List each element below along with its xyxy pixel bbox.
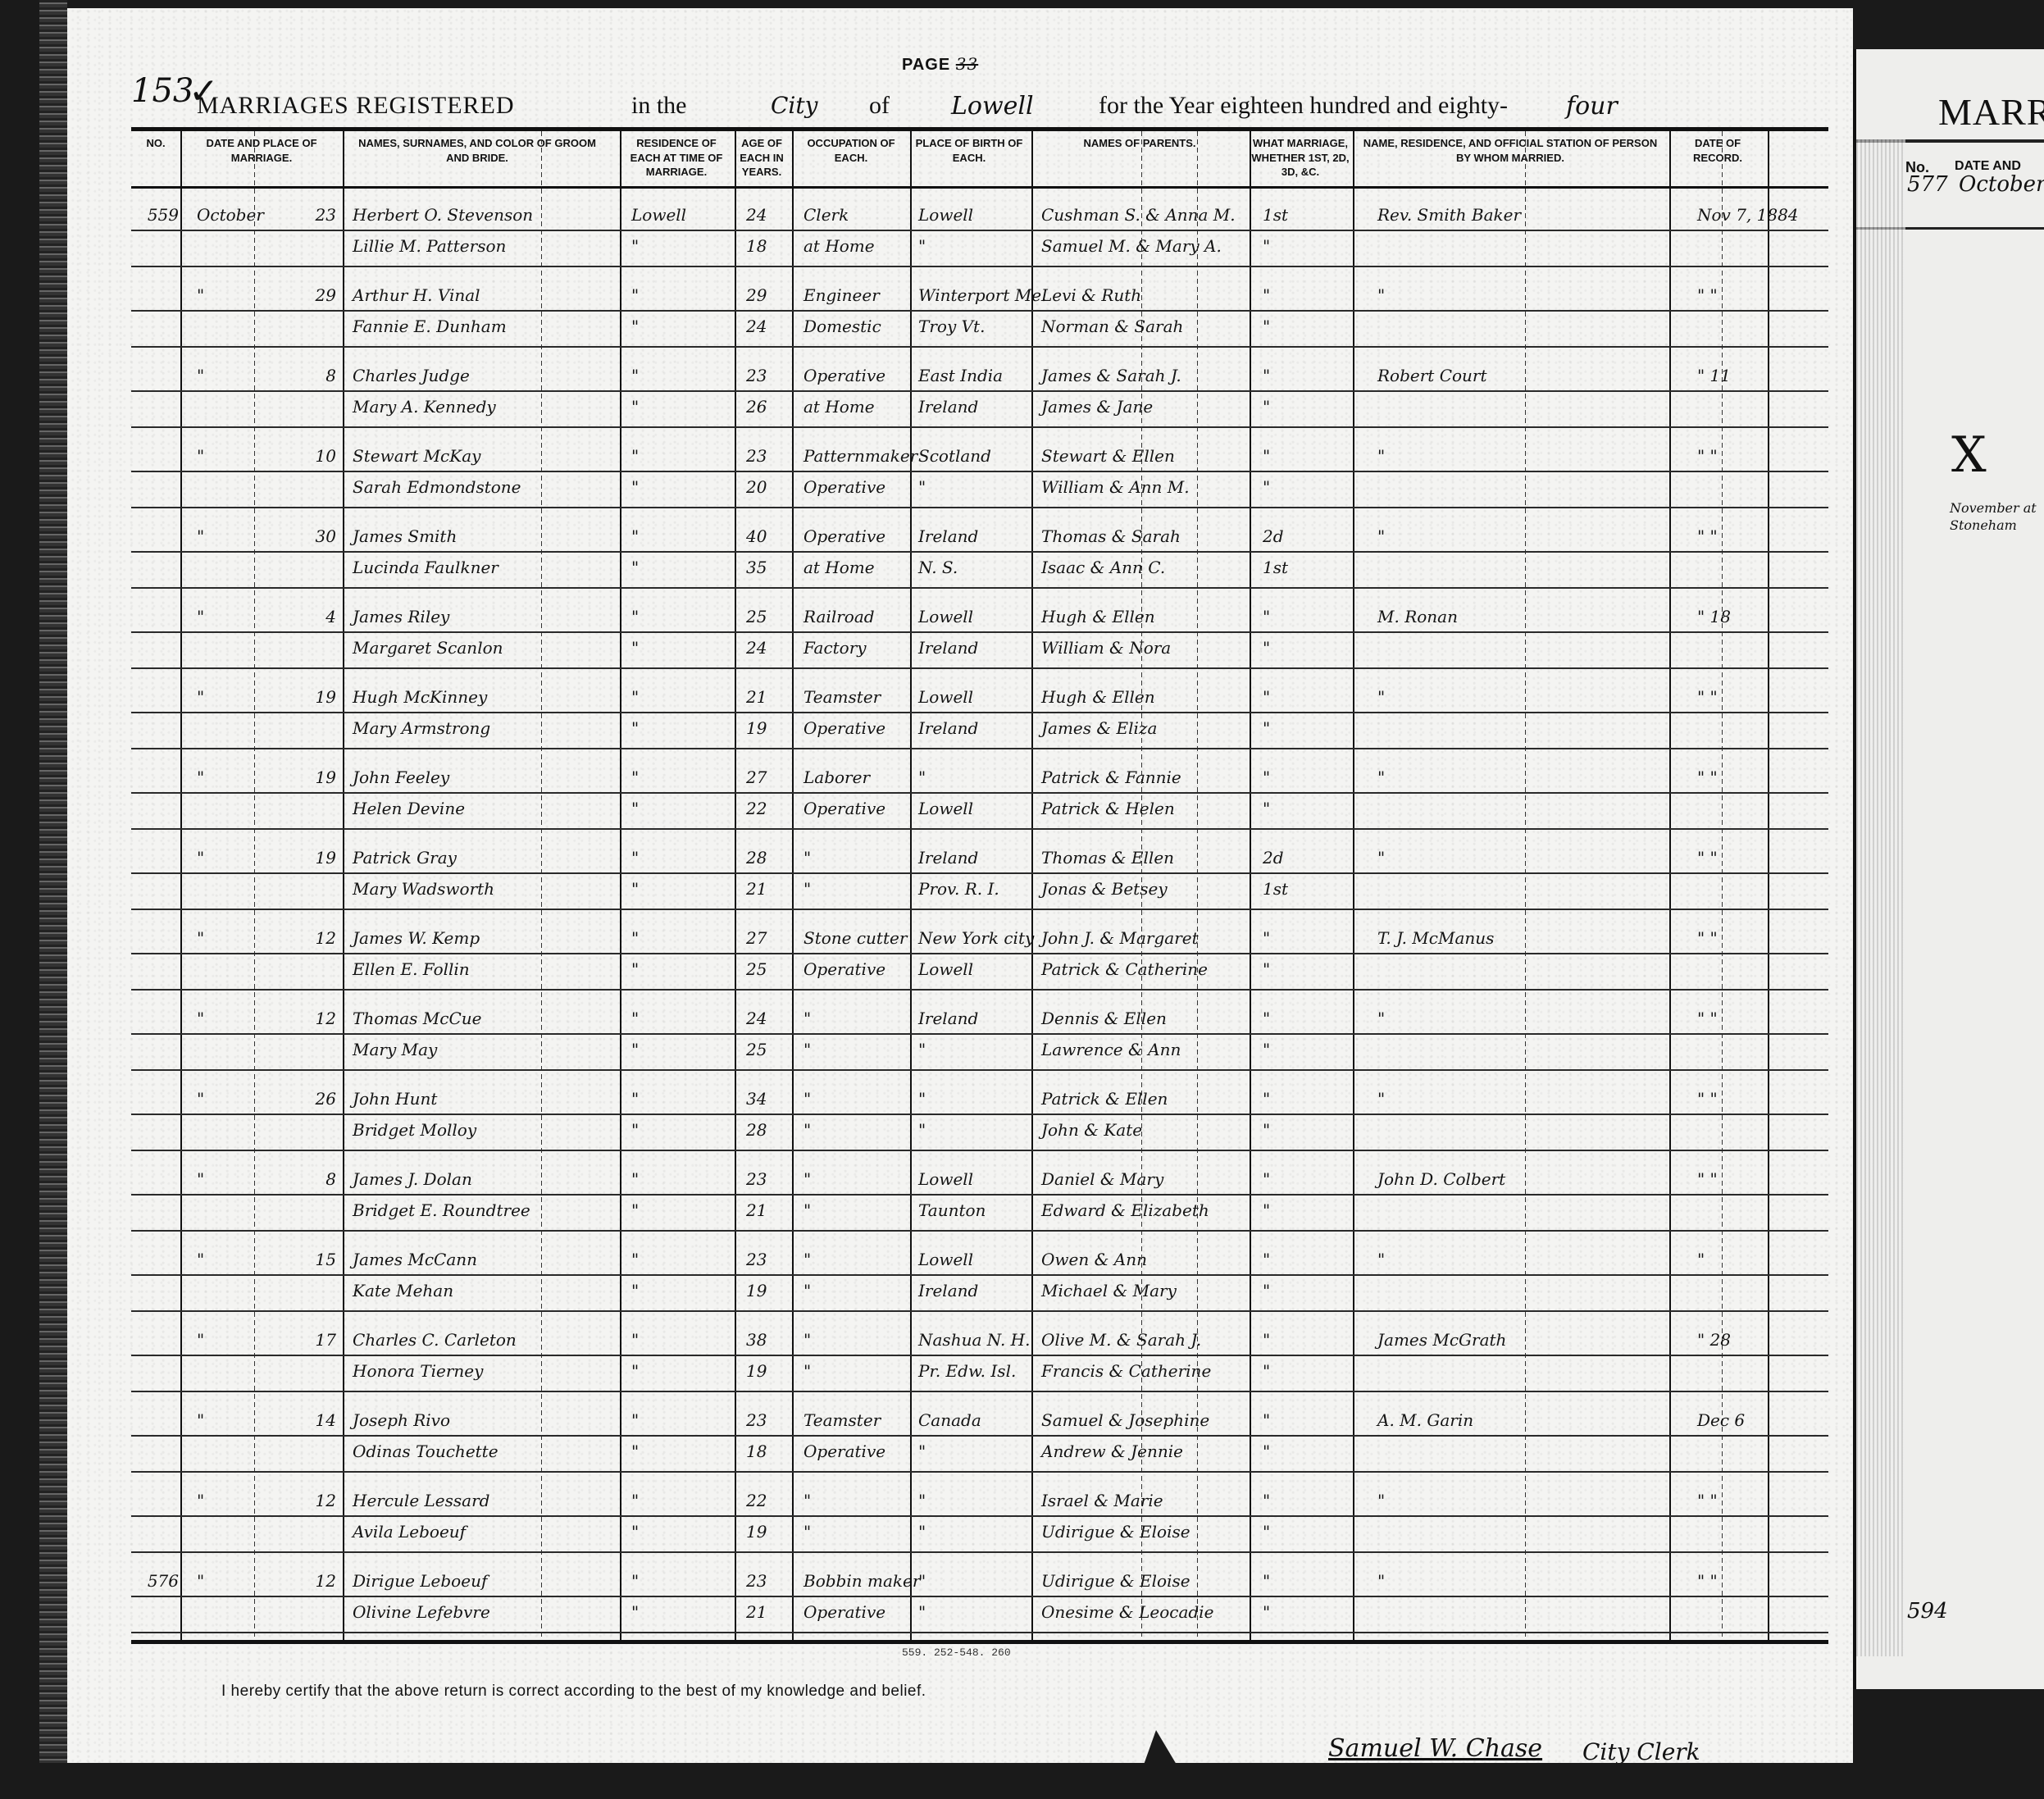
marriage-day: 12: [287, 1571, 336, 1591]
groom-marriage-count: ": [1263, 607, 1270, 626]
bride-age: 25: [746, 1040, 767, 1059]
table-row: "29Arthur H. VinalFannie E. Dunham""2924…: [131, 276, 1828, 348]
facing-entry-no: 577: [1907, 172, 1948, 197]
groom-marriage-count: ": [1263, 1250, 1270, 1269]
col-header-residence: Residence of Each at Time of Marriage.: [623, 136, 730, 180]
groom-occupation: Engineer: [803, 285, 880, 305]
groom-parents: Patrick & Fannie: [1041, 767, 1181, 787]
groom-birthplace: ": [918, 1089, 926, 1109]
groom-occupation: Operative: [803, 526, 885, 546]
bride-residence: ": [631, 558, 639, 577]
bride-age: 19: [746, 1522, 767, 1542]
marriage-day: 8: [287, 366, 336, 385]
marriage-day: 12: [287, 1491, 336, 1510]
table-row: "19Hugh McKinneyMary Armstrong""2119Team…: [131, 677, 1828, 749]
bride-occupation: ": [803, 1522, 811, 1542]
row-rule: [131, 310, 1828, 312]
table-row: "10Stewart McKaySarah Edmondstone""2320P…: [131, 436, 1828, 508]
bride-age: 24: [746, 317, 767, 336]
officiant-name: Rev. Smith Baker: [1377, 205, 1521, 225]
bride-occupation: ": [803, 1120, 811, 1140]
groom-age: 24: [746, 205, 767, 225]
bride-age: 25: [746, 959, 767, 979]
row-rule: [131, 1310, 1828, 1312]
bride-residence: ": [631, 1602, 639, 1622]
bride-age: 28: [746, 1120, 767, 1140]
bride-occupation: at Home: [803, 236, 875, 256]
groom-parents: Dennis & Ellen: [1041, 1009, 1167, 1028]
groom-birthplace: Ireland: [918, 1009, 978, 1028]
bride-name: Lillie M. Patterson: [353, 236, 506, 256]
bride-birthplace: ": [918, 1522, 926, 1542]
groom-parents: Patrick & Ellen: [1041, 1089, 1168, 1109]
record-date: " ": [1697, 285, 1718, 305]
row-rule: [131, 230, 1828, 231]
groom-name: James McCann: [353, 1250, 477, 1269]
bride-marriage-count: ": [1263, 1281, 1270, 1300]
row-rule: [131, 1471, 1828, 1473]
groom-age: 24: [746, 1009, 767, 1028]
bride-age: 24: [746, 638, 767, 658]
marriage-month: ": [197, 1250, 204, 1269]
groom-name: Herbert O. Stevenson: [353, 205, 533, 225]
table-row: "4James RileyMargaret Scanlon""2524Railr…: [131, 597, 1828, 669]
scan-edge: [0, 1763, 2044, 1799]
row-rule: [131, 471, 1828, 472]
groom-birthplace: Lowell: [918, 687, 973, 707]
bride-residence: ": [631, 397, 639, 417]
marriage-month: ": [197, 848, 204, 868]
groom-residence: ": [631, 1410, 639, 1430]
margin-cross-mark: X: [1951, 426, 1987, 484]
groom-parents: Olive M. & Sarah J.: [1041, 1330, 1201, 1350]
groom-marriage-count: ": [1263, 285, 1270, 305]
bride-birthplace: ": [918, 1040, 926, 1059]
bride-birthplace: Troy Vt.: [918, 317, 985, 336]
bride-marriage-count: ": [1263, 1200, 1270, 1220]
officiant-name: A. M. Garin: [1377, 1410, 1473, 1430]
bride-birthplace: Lowell: [918, 959, 973, 979]
marriage-month: ": [197, 767, 204, 787]
page-label: PAGE 33: [902, 54, 978, 75]
groom-marriage-count: ": [1263, 928, 1270, 948]
bride-age: 18: [746, 1441, 767, 1461]
officiant-name: ": [1377, 848, 1385, 868]
bride-occupation: ": [803, 1281, 811, 1300]
groom-name: James W. Kemp: [353, 928, 480, 948]
table-row: "19John FeeleyHelen Devine""2722LaborerO…: [131, 758, 1828, 830]
officiant-name: ": [1377, 285, 1385, 305]
bride-marriage-count: 1st: [1263, 879, 1288, 899]
row-rule: [131, 1435, 1828, 1437]
groom-occupation: Stone cutter: [803, 928, 907, 948]
groom-age: 23: [746, 1169, 767, 1189]
marriage-month: ": [197, 285, 204, 305]
table-row: "14Joseph RivoOdinas Touchette""2318Team…: [131, 1400, 1828, 1473]
groom-residence: ": [631, 1571, 639, 1591]
groom-occupation: Bobbin maker: [803, 1571, 920, 1591]
row-rule: [131, 1391, 1828, 1392]
bride-residence: ": [631, 718, 639, 738]
groom-age: 23: [746, 446, 767, 466]
groom-parents: Owen & Ann: [1041, 1250, 1147, 1269]
bride-name: Lucinda Faulkner: [353, 558, 498, 577]
officiant-name: ": [1377, 1009, 1385, 1028]
groom-occupation: Clerk: [803, 205, 849, 225]
book-binding: [39, 0, 67, 1799]
row-rule: [131, 266, 1828, 267]
row-rule: [131, 507, 1828, 508]
groom-marriage-count: 2d: [1263, 848, 1284, 868]
groom-birthplace: Winterport Me.: [918, 285, 1046, 305]
bride-residence: ": [631, 1361, 639, 1381]
bride-occupation: Operative: [803, 477, 885, 497]
groom-residence: ": [631, 446, 639, 466]
bride-occupation: Domestic: [803, 317, 881, 336]
row-rule: [131, 1515, 1828, 1517]
entry-number: 576: [138, 1571, 179, 1591]
marriage-day: 4: [287, 607, 336, 626]
groom-age: 40: [746, 526, 767, 546]
record-date: Nov 7, 1884: [1697, 205, 1799, 225]
col-header-occupation: Occupation of Each.: [794, 136, 908, 165]
groom-birthplace: Lowell: [918, 1250, 973, 1269]
marriage-day: 19: [287, 848, 336, 868]
groom-birthplace: Ireland: [918, 848, 978, 868]
groom-name: James Smith: [353, 526, 457, 546]
row-rule: [131, 712, 1828, 713]
bride-occupation: Operative: [803, 718, 885, 738]
groom-occupation: Patternmaker: [803, 446, 917, 466]
groom-parents: Cushman S. & Anna M.: [1041, 205, 1236, 225]
officiant-name: ": [1377, 1491, 1385, 1510]
bride-birthplace: Ireland: [918, 397, 978, 417]
officiant-name: T. J. McManus: [1377, 928, 1494, 948]
bride-name: Avila Leboeuf: [353, 1522, 466, 1542]
groom-birthplace: Lowell: [918, 1169, 973, 1189]
bride-marriage-count: ": [1263, 638, 1270, 658]
groom-residence: ": [631, 928, 639, 948]
groom-residence: ": [631, 526, 639, 546]
groom-birthplace: ": [918, 767, 926, 787]
certification-statement: I hereby certify that the above return i…: [221, 1683, 1779, 1701]
groom-residence: ": [631, 1491, 639, 1510]
groom-name: John Hunt: [353, 1089, 437, 1109]
groom-name: Joseph Rivo: [353, 1410, 450, 1430]
groom-marriage-count: ": [1263, 1571, 1270, 1591]
title-place: Lowell: [951, 92, 1034, 121]
bride-parents: Samuel M. & Mary A.: [1041, 236, 1222, 256]
marriage-day: 30: [287, 526, 336, 546]
marriage-day: 10: [287, 446, 336, 466]
marriage-day: 12: [287, 928, 336, 948]
row-rule: [131, 1274, 1828, 1276]
marriage-month: ": [197, 366, 204, 385]
title-municipality-type: City: [771, 92, 817, 119]
groom-residence: Lowell: [631, 205, 686, 225]
record-date: " ": [1697, 928, 1718, 948]
groom-name: Stewart McKay: [353, 446, 480, 466]
groom-name: Thomas McCue: [353, 1009, 481, 1028]
title-of: of: [869, 92, 890, 120]
bride-parents: Patrick & Catherine: [1041, 959, 1208, 979]
bride-residence: ": [631, 317, 639, 336]
bride-birthplace: ": [918, 236, 926, 256]
col-header-date: Date and Place of Marriage.: [184, 136, 339, 165]
bride-age: 35: [746, 558, 767, 577]
row-rule: [131, 1150, 1828, 1151]
row-rule: [131, 792, 1828, 794]
row-rule: [131, 828, 1828, 830]
bride-age: 20: [746, 477, 767, 497]
officiant-name: ": [1377, 1250, 1385, 1269]
row-rule: [131, 390, 1828, 392]
bride-occupation: ": [803, 1361, 811, 1381]
row-rule: [131, 1069, 1828, 1071]
bride-residence: ": [631, 1200, 639, 1220]
bride-parents: Edward & Elizabeth: [1041, 1200, 1209, 1220]
title-in: in the: [631, 92, 687, 120]
groom-occupation: Teamster: [803, 1410, 881, 1430]
groom-occupation: Teamster: [803, 687, 881, 707]
bride-occupation: Operative: [803, 799, 885, 818]
marriage-day: 19: [287, 687, 336, 707]
record-date: " 18: [1697, 607, 1731, 626]
table-row: "17Charles C. CarletonHonora Tierney""38…: [131, 1320, 1828, 1392]
title-year-word: four: [1566, 92, 1618, 121]
bride-birthplace: ": [918, 1602, 926, 1622]
facing-entry-no: 594: [1907, 1599, 1948, 1624]
marriage-month: ": [197, 1410, 204, 1430]
marriage-day: 8: [287, 1169, 336, 1189]
facing-page: MARR No. DATE AND 577 October 594: [1853, 49, 2044, 1689]
groom-name: Arthur H. Vinal: [353, 285, 480, 305]
bride-occupation: ": [803, 1040, 811, 1059]
marriage-month: ": [197, 1491, 204, 1510]
groom-birthplace: Ireland: [918, 526, 978, 546]
groom-occupation: ": [803, 1089, 811, 1109]
bride-marriage-count: ": [1263, 317, 1270, 336]
groom-birthplace: Lowell: [918, 607, 973, 626]
officiant-name: James McGrath: [1377, 1330, 1506, 1350]
bride-birthplace: Ireland: [918, 718, 978, 738]
page-label-text: PAGE: [902, 56, 950, 74]
marriage-month: ": [197, 1169, 204, 1189]
bride-birthplace: N. S.: [918, 558, 958, 577]
record-date: " ": [1697, 1571, 1718, 1591]
bride-occupation: at Home: [803, 397, 875, 417]
groom-occupation: ": [803, 848, 811, 868]
marriage-register-table: No. Date and Place of Marriage. Names, S…: [131, 127, 1828, 1644]
row-rule: [131, 1551, 1828, 1553]
bride-parents: Udirigue & Eloise: [1041, 1522, 1190, 1542]
groom-parents: Hugh & Ellen: [1041, 607, 1155, 626]
table-row: "8James J. DolanBridget E. Roundtree""23…: [131, 1159, 1828, 1232]
groom-marriage-count: ": [1263, 1169, 1270, 1189]
groom-residence: ": [631, 285, 639, 305]
bride-age: 21: [746, 879, 767, 899]
bride-residence: ": [631, 638, 639, 658]
bride-occupation: Operative: [803, 1441, 885, 1461]
bride-parents: Patrick & Helen: [1041, 799, 1175, 818]
groom-name: James Riley: [353, 607, 449, 626]
bride-residence: ": [631, 1522, 639, 1542]
groom-parents: James & Sarah J.: [1041, 366, 1181, 385]
bride-name: Mary May: [353, 1040, 437, 1059]
table-header: No. Date and Place of Marriage. Names, S…: [131, 131, 1828, 189]
title-year-prefix: for the Year eighteen hundred and eighty…: [1099, 92, 1508, 120]
officiant-name: ": [1377, 526, 1385, 546]
bride-birthplace: Taunton: [918, 1200, 986, 1220]
marriage-month: ": [197, 1089, 204, 1109]
col-header-record-date: Date of Record.: [1673, 136, 1763, 165]
entry-number: 559: [138, 205, 179, 225]
title-main: MARRIAGES REGISTERED: [197, 92, 515, 120]
groom-parents: Daniel & Mary: [1041, 1169, 1163, 1189]
row-rule: [131, 667, 1828, 669]
marriage-month: ": [197, 1009, 204, 1028]
officiant-name: ": [1377, 1089, 1385, 1109]
groom-parents: John J. & Margaret: [1041, 928, 1199, 948]
bride-age: 19: [746, 1361, 767, 1381]
groom-birthplace: Canada: [918, 1410, 981, 1430]
groom-marriage-count: ": [1263, 767, 1270, 787]
groom-parents: Samuel & Josephine: [1041, 1410, 1209, 1430]
bride-birthplace: Pr. Edw. Isl.: [918, 1361, 1016, 1381]
bride-residence: ": [631, 236, 639, 256]
bride-marriage-count: ": [1263, 1522, 1270, 1542]
table-row: "19Patrick GrayMary Wadsworth""2821""Ire…: [131, 838, 1828, 910]
record-date: " ": [1697, 767, 1718, 787]
row-rule: [131, 909, 1828, 910]
groom-birthplace: Nashua N. H.: [918, 1330, 1030, 1350]
groom-age: 34: [746, 1089, 767, 1109]
groom-name: Patrick Gray: [353, 848, 457, 868]
marriage-month: ": [197, 687, 204, 707]
groom-birthplace: New York city: [918, 928, 1034, 948]
groom-marriage-count: ": [1263, 366, 1270, 385]
groom-name: Charles C. Carleton: [353, 1330, 517, 1350]
groom-parents: Udirigue & Eloise: [1041, 1571, 1190, 1591]
bride-name: Mary Armstrong: [353, 718, 490, 738]
bride-parents: James & Jane: [1041, 397, 1153, 417]
row-rule: [131, 426, 1828, 428]
bride-occupation: Operative: [803, 959, 885, 979]
marriage-day: 17: [287, 1330, 336, 1350]
officiant-name: John D. Colbert: [1377, 1169, 1505, 1189]
bride-parents: Jonas & Betsey: [1041, 879, 1168, 899]
marriage-month: ": [197, 1330, 204, 1350]
clerk-role: City Clerk: [1582, 1738, 1700, 1765]
col-header-which-marriage: What Marriage, Whether 1st, 2d, 3d, &c.: [1251, 136, 1350, 180]
bride-parents: William & Ann M.: [1041, 477, 1190, 497]
row-rule: [131, 587, 1828, 589]
groom-age: 23: [746, 1250, 767, 1269]
row-rule: [131, 1194, 1828, 1196]
record-date: " ": [1697, 1491, 1718, 1510]
table-row: 576"12Dirigue LeboeufOlivine Lefebvre""2…: [131, 1561, 1828, 1633]
groom-marriage-count: ": [1263, 1491, 1270, 1510]
groom-age: 28: [746, 848, 767, 868]
margin-note: November at Stoneham: [1950, 500, 2044, 535]
bride-parents: Norman & Sarah: [1041, 317, 1183, 336]
record-date: " ": [1697, 526, 1718, 546]
bride-residence: ": [631, 1120, 639, 1140]
marriage-month: ": [197, 1571, 204, 1591]
groom-age: 23: [746, 366, 767, 385]
bride-parents: Michael & Mary: [1041, 1281, 1177, 1300]
groom-parents: Thomas & Sarah: [1041, 526, 1181, 546]
col-header-no: No.: [131, 136, 180, 151]
officiant-name: ": [1377, 446, 1385, 466]
bride-marriage-count: ": [1263, 1361, 1270, 1381]
bride-name: Olivine Lefebvre: [353, 1602, 490, 1622]
bride-marriage-count: ": [1263, 236, 1270, 256]
bride-occupation: at Home: [803, 558, 875, 577]
groom-age: 27: [746, 928, 767, 948]
table-row: "26John HuntBridget Molloy""3428""""Patr…: [131, 1079, 1828, 1151]
bride-age: 21: [746, 1602, 767, 1622]
bride-marriage-count: ": [1263, 1120, 1270, 1140]
bride-marriage-count: ": [1263, 477, 1270, 497]
groom-residence: ": [631, 1009, 639, 1028]
groom-parents: Hugh & Ellen: [1041, 687, 1155, 707]
bride-name: Bridget Molloy: [353, 1120, 476, 1140]
row-rule: [131, 1632, 1828, 1633]
facing-page-title: MARR: [1938, 90, 2044, 134]
bride-parents: Onesime & Leocadie: [1041, 1602, 1213, 1622]
table-row: "12James W. KempEllen E. Follin""2725Sto…: [131, 918, 1828, 991]
groom-occupation: ": [803, 1250, 811, 1269]
col-header-officiant: Name, Residence, and Official Station of…: [1354, 136, 1666, 165]
table-row: 559October23Herbert O. StevensonLillie M…: [131, 195, 1828, 267]
record-date: " 28: [1697, 1330, 1731, 1350]
bride-occupation: Factory: [803, 638, 867, 658]
row-rule: [131, 1355, 1828, 1356]
marriage-day: 26: [287, 1089, 336, 1109]
bride-name: Ellen E. Follin: [353, 959, 470, 979]
row-rule: [131, 1114, 1828, 1115]
groom-birthplace: ": [918, 1491, 926, 1510]
groom-occupation: Railroad: [803, 607, 875, 626]
marriage-day: 12: [287, 1009, 336, 1028]
bride-parents: Lawrence & Ann: [1041, 1040, 1181, 1059]
col-header-age: Age of each in years.: [736, 136, 787, 180]
groom-name: Charles Judge: [353, 366, 470, 385]
groom-name: Hercule Lessard: [353, 1491, 489, 1510]
bride-name: Helen Devine: [353, 799, 465, 818]
marriage-day: 23: [287, 205, 336, 225]
bride-name: Odinas Touchette: [353, 1441, 498, 1461]
row-rule: [131, 551, 1828, 553]
col-header-parents: Names of Parents.: [1033, 136, 1246, 151]
record-date: " ": [1697, 1009, 1718, 1028]
facing-page-margin: [1856, 139, 1905, 1656]
groom-parents: Stewart & Ellen: [1041, 446, 1175, 466]
bride-parents: William & Nora: [1041, 638, 1171, 658]
groom-residence: ": [631, 607, 639, 626]
bride-name: Margaret Scanlon: [353, 638, 503, 658]
bride-marriage-count: ": [1263, 799, 1270, 818]
bride-occupation: Operative: [803, 1602, 885, 1622]
groom-birthplace: Scotland: [918, 446, 991, 466]
groom-residence: ": [631, 687, 639, 707]
bride-name: Kate Mehan: [353, 1281, 453, 1300]
bride-residence: ": [631, 959, 639, 979]
bride-marriage-count: ": [1263, 1441, 1270, 1461]
groom-residence: ": [631, 366, 639, 385]
bride-birthplace: ": [918, 477, 926, 497]
